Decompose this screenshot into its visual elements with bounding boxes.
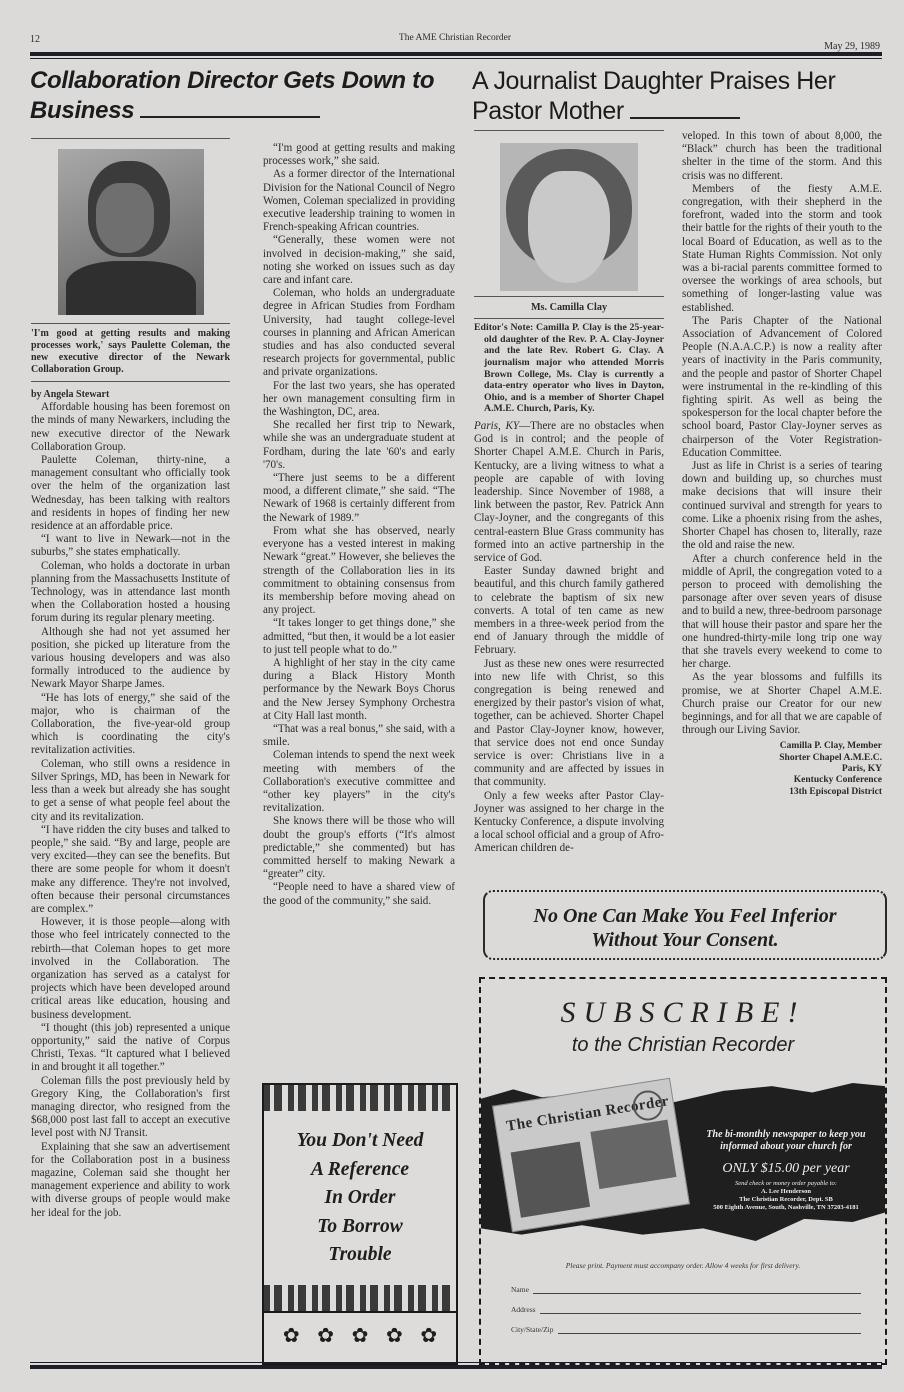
publication-name: The AME Christian Recorder: [30, 33, 880, 43]
headline-rule: [140, 98, 320, 118]
flower-icon: ✿: [420, 1323, 437, 1348]
paragraph: She recalled her first trip to Newark, w…: [263, 419, 455, 472]
paragraph: A highlight of her stay in the city came…: [263, 657, 455, 723]
quote-text: You Don't Need A Reference In Order To B…: [264, 1111, 456, 1285]
floral-border-icon: [264, 1085, 456, 1111]
signoff: Camilla P. Clay, Member Shorter Chapel A…: [682, 741, 882, 797]
photo-paulette-coleman: [58, 149, 204, 315]
paragraph: However, it is those people—along with t…: [31, 916, 230, 1022]
paragraph: “It takes longer to get things done,” sh…: [263, 617, 455, 657]
masthead: 12 The AME Christian Recorder May 29, 19…: [30, 30, 880, 54]
quote-box-inferior: No One Can Make You Feel Inferior Withou…: [483, 890, 887, 960]
name-field[interactable]: Name: [511, 1285, 861, 1294]
headline-left: Collaboration Director Gets Down to Busi…: [30, 66, 450, 126]
paragraph: veloped. In this town of about 8,000, th…: [682, 130, 882, 183]
masthead-rule-thin: [30, 58, 882, 59]
paragraph: Just as life in Christ is a series of te…: [682, 460, 882, 552]
headline-rule: [630, 99, 740, 119]
quote-text: No One Can Make You Feel Inferior Withou…: [485, 892, 885, 952]
paragraph: As the year blossoms and fulfills its pr…: [682, 671, 882, 737]
paragraph: Coleman, who holds a doctorate in urban …: [31, 560, 230, 626]
subscribe-ad: SUBSCRIBE! to the Christian Recorder The…: [479, 977, 887, 1365]
masthead-rule: [30, 52, 882, 56]
headline-right: A Journalist Daughter Praises Her Pastor…: [472, 66, 892, 126]
divider: [474, 318, 664, 319]
paragraph: Easter Sunday dawned bright and beautifu…: [474, 565, 664, 657]
paragraph: “I want to live in Newark—not in the sub…: [31, 533, 230, 559]
order-note: Please print. Payment must accompany ord…: [481, 1261, 885, 1270]
issue-date: May 29, 1989: [824, 41, 880, 52]
footer-rule: [30, 1365, 882, 1369]
paragraph: Coleman intends to spend the next week m…: [263, 749, 455, 815]
floral-border-icon: [264, 1285, 456, 1311]
paragraph: “I'm good at getting results and making …: [263, 142, 455, 168]
photo-caption: 'I'm good at getting results and making …: [31, 324, 230, 381]
divider: [31, 138, 230, 139]
paragraph: “He has lots of energy,” she said of the…: [31, 692, 230, 758]
paragraph: Coleman, who still owns a residence in S…: [31, 758, 230, 824]
paragraph: Affordable housing has been foremost on …: [31, 401, 230, 454]
newspaper-page: 12 The AME Christian Recorder May 29, 19…: [0, 0, 904, 1392]
divider: [474, 130, 664, 131]
column-c: Ms. Camilla Clay Editor's Note: Camilla …: [474, 130, 664, 856]
subscribe-subtitle: to the Christian Recorder: [481, 1034, 885, 1057]
flower-icon: ✿: [386, 1323, 403, 1348]
paragraph: Explaining that she saw an advertisement…: [31, 1141, 230, 1220]
address-field[interactable]: Address: [511, 1305, 861, 1314]
subscribe-title: SUBSCRIBE!: [481, 996, 885, 1030]
column-b: “I'm good at getting results and making …: [263, 142, 455, 908]
flower-row: ✿ ✿ ✿ ✿ ✿: [264, 1311, 456, 1357]
paragraph: “There just seems to be a different mood…: [263, 472, 455, 525]
ad-copy: The bi-monthly newspaper to keep you inf…: [691, 1129, 881, 1212]
column-d: veloped. In this town of about 8,000, th…: [682, 130, 882, 798]
dateline: Paris, KY: [474, 420, 519, 432]
photo-caption: Ms. Camilla Clay: [474, 297, 664, 318]
paragraph: Although she had not yet assumed her pos…: [31, 626, 230, 692]
paragraph: Coleman fills the post previously held b…: [31, 1075, 230, 1141]
paragraph: As a former director of the Internationa…: [263, 168, 455, 234]
paragraph: From what she has observed, nearly every…: [263, 525, 455, 617]
paragraph: Only a few weeks after Pastor Clay-Joyne…: [474, 790, 664, 856]
paragraph: Coleman, who holds an undergraduate degr…: [263, 287, 455, 379]
paragraph: “I have ridden the city buses and talked…: [31, 824, 230, 916]
lead-paragraph: Paris, KY—There are no obstacles when Go…: [474, 420, 664, 565]
paragraph: The Paris Chapter of the National Associ…: [682, 315, 882, 460]
paragraph: Just as these new ones were resurrected …: [474, 658, 664, 790]
flower-icon: ✿: [352, 1323, 369, 1348]
divider: [31, 381, 230, 382]
column-a: 'I'm good at getting results and making …: [31, 138, 230, 1220]
paragraph: “Generally, these women were not involve…: [263, 234, 455, 287]
subscription-price: ONLY $15.00 per year: [691, 1161, 881, 1177]
paragraph: She knows there will be those who will d…: [263, 815, 455, 881]
byline: by Angela Stewart: [31, 388, 230, 401]
photo-camilla-clay: [500, 143, 638, 291]
paragraph: “People need to have a shared view of th…: [263, 881, 455, 907]
paragraph: “That was a real bonus,” she said, with …: [263, 723, 455, 749]
paragraph: After a church conference held in the mi…: [682, 553, 882, 672]
flower-icon: ✿: [283, 1323, 300, 1348]
paragraph: For the last two years, she has operated…: [263, 380, 455, 420]
footer-rule-thin: [30, 1362, 882, 1363]
paragraph: Members of the fiesty A.M.E. congregatio…: [682, 183, 882, 315]
paragraph: Paulette Coleman, thirty-nine, a managem…: [31, 454, 230, 533]
quote-box-borrow-trouble: You Don't Need A Reference In Order To B…: [262, 1083, 458, 1365]
city-state-zip-field[interactable]: City/State/Zip: [511, 1325, 861, 1334]
flower-icon: ✿: [317, 1323, 334, 1348]
paragraph: “I thought (this job) represented a uniq…: [31, 1022, 230, 1075]
editor-note: Editor's Note: Camilla P. Clay is the 25…: [474, 322, 664, 415]
